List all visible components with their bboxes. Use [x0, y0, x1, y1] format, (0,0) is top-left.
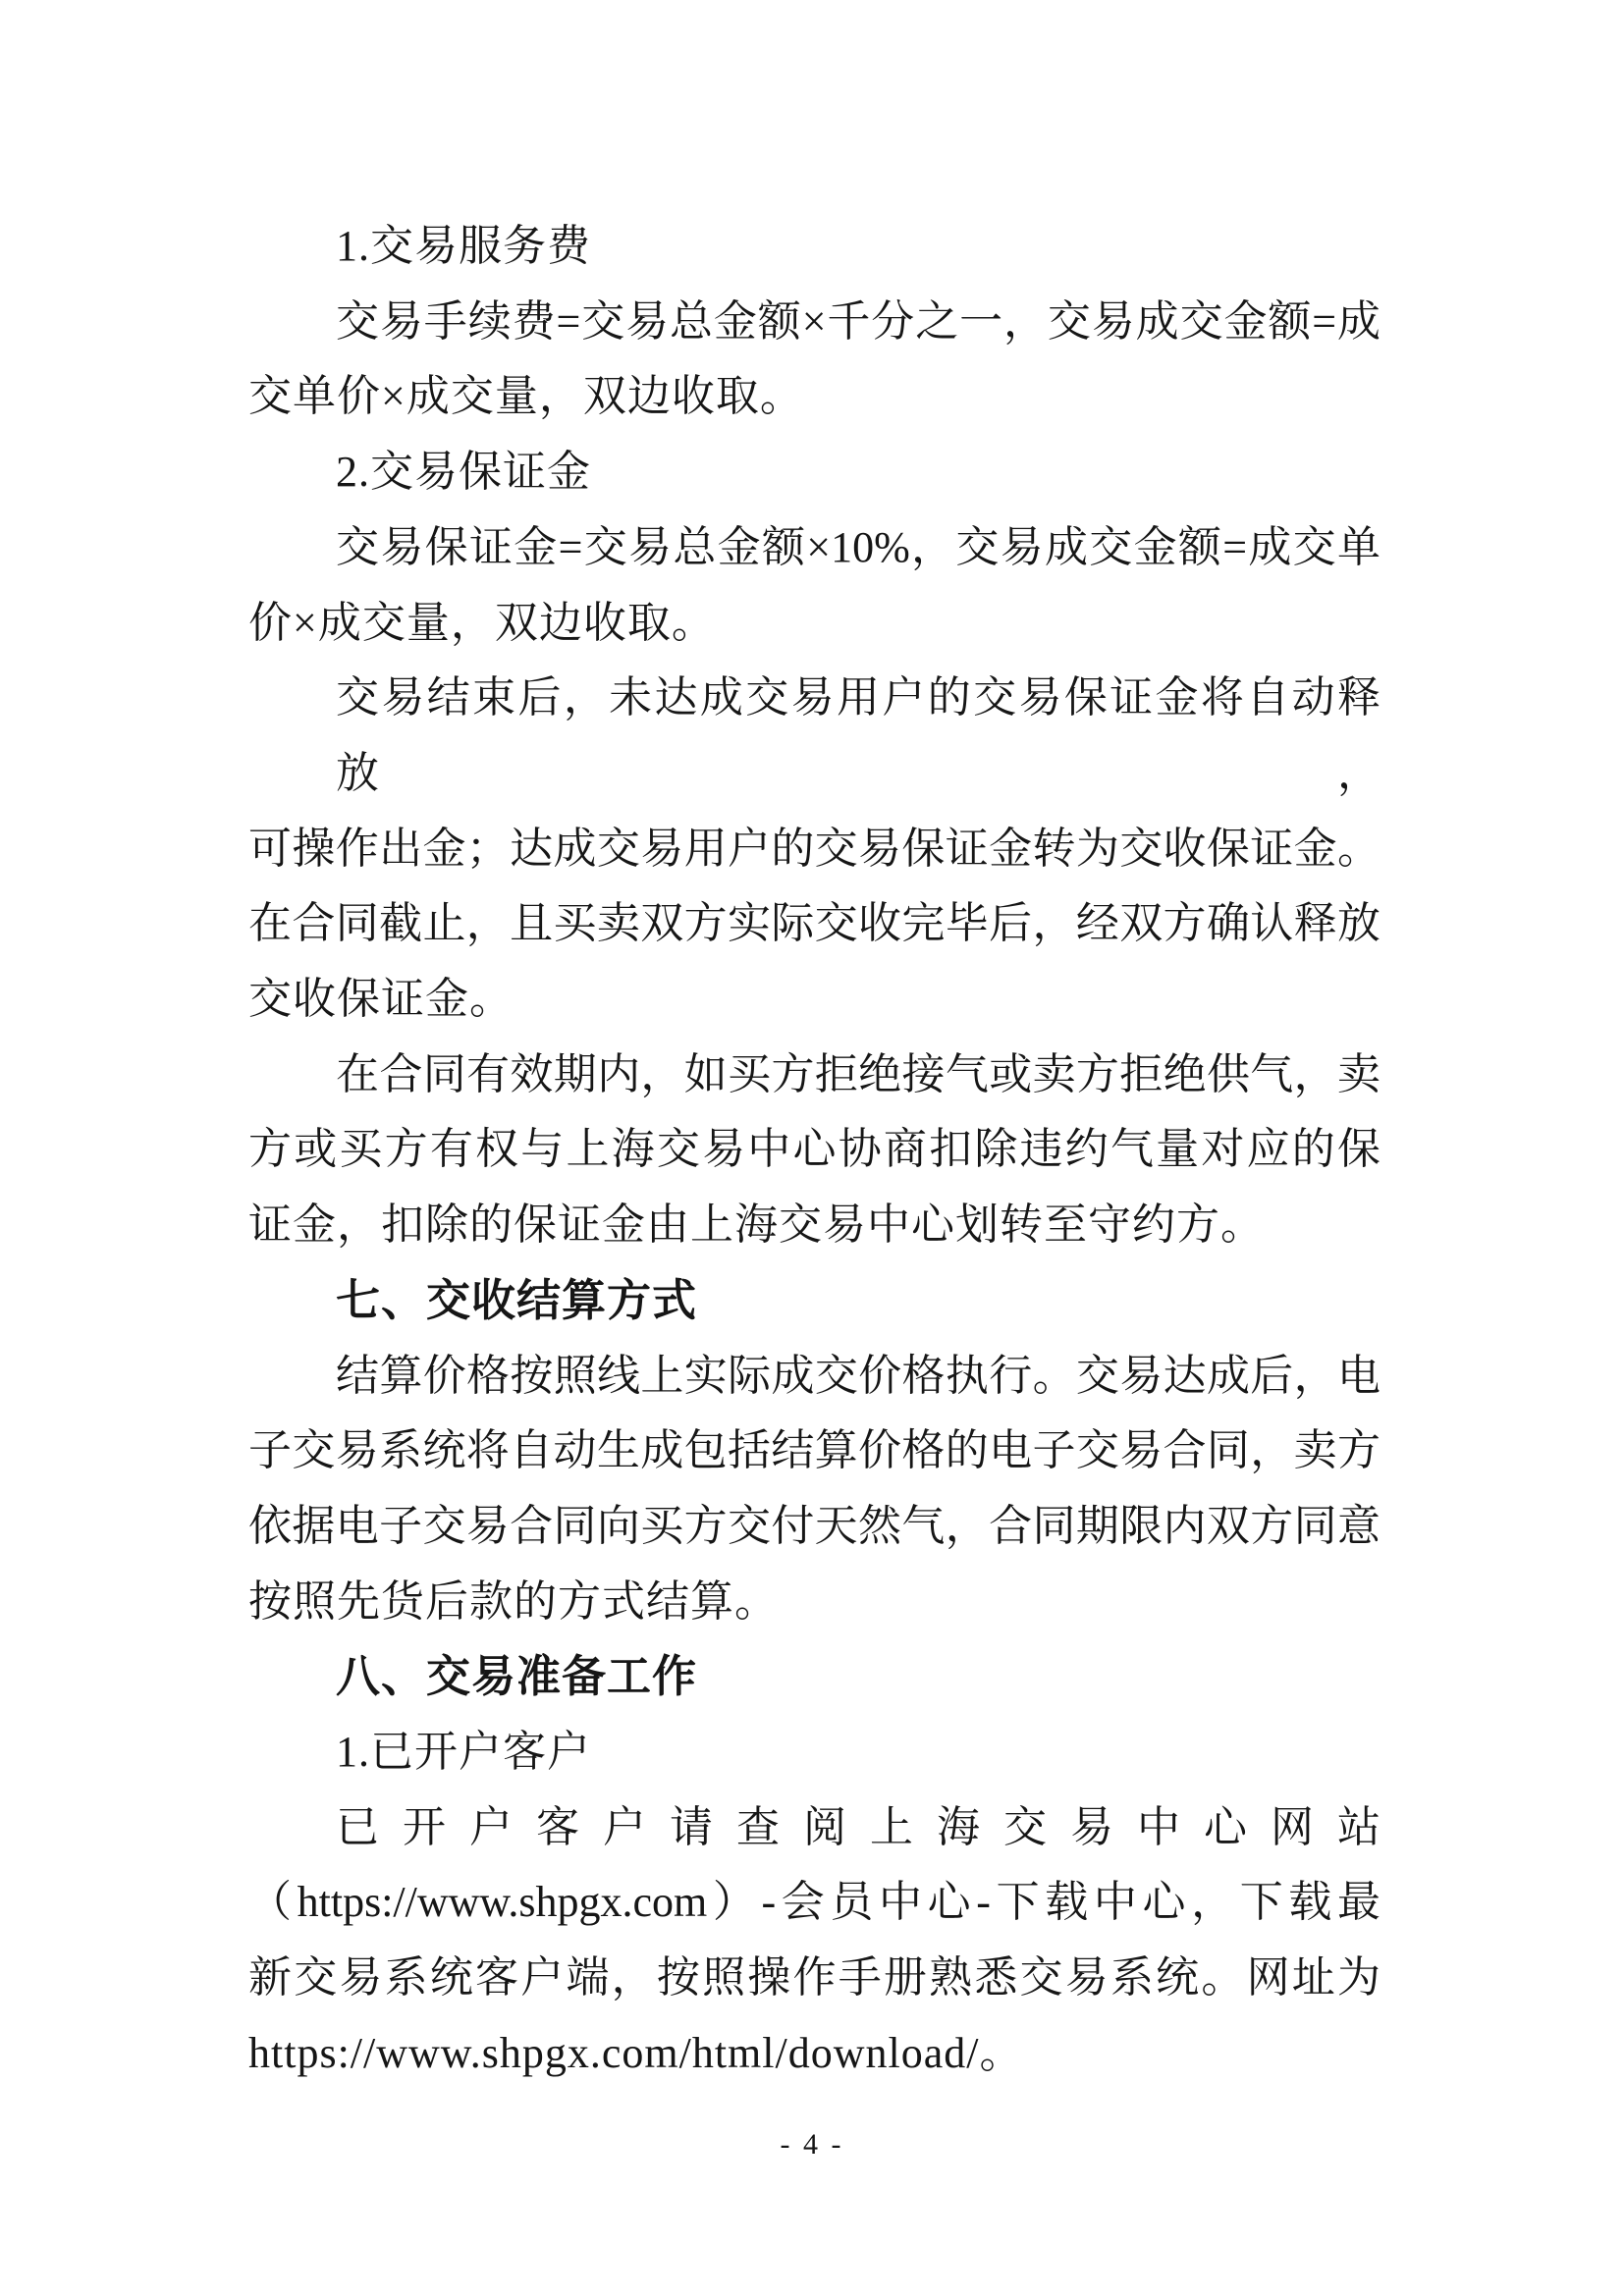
doc-line-item2-trade-margin: 2.交易保证金 [248, 435, 1380, 510]
doc-line-download-url: https://www.shpgx.com/html/download/。 [248, 2016, 1380, 2092]
doc-line-margin-release-4: 交收保证金。 [248, 962, 1380, 1038]
doc-line-fee-formula-1: 交易手续费=交易总金额×千分之一，交易成交金额=成 [248, 285, 1380, 360]
doc-line-settlement-1: 结算价格按照线上实际成交价格执行。交易达成后，电 [248, 1339, 1380, 1415]
doc-line-item1-trade-service-fee: 1.交易服务费 [248, 209, 1380, 285]
doc-line-margin-release-1: 交易结束后，未达成交易用户的交易保证金将自动释放， [248, 661, 1380, 811]
doc-line-breach-1: 在合同有效期内，如买方拒绝接气或卖方拒绝供气，卖 [248, 1038, 1380, 1113]
doc-line-opened-customers-1: 已开户客户请查阅上海交易中心网站 [248, 1790, 1380, 1866]
section-heading-7-settlement: 七、交收结算方式 [248, 1263, 1380, 1339]
section-heading-8-preparation: 八、交易准备工作 [248, 1639, 1380, 1715]
doc-line-settlement-4: 按照先货后款的方式结算。 [248, 1565, 1380, 1640]
doc-line-fee-formula-2: 交单价×成交量，双边收取。 [248, 359, 1380, 435]
doc-line-opened-customers-3: 新交易系统客户端，按照操作手册熟悉交易系统。网址为 [248, 1941, 1380, 2016]
doc-line-margin-release-2: 可操作出金；达成交易用户的交易保证金转为交收保证金。 [248, 812, 1380, 887]
doc-line-item1-opened-customers: 1.已开户客户 [248, 1715, 1380, 1790]
document-page: 1.交易服务费 交易手续费=交易总金额×千分之一，交易成交金额=成 交单价×成交… [0, 0, 1624, 2296]
page-number: - 4 - [0, 2128, 1624, 2162]
doc-line-breach-2: 方或买方有权与上海交易中心协商扣除违约气量对应的保 [248, 1112, 1380, 1188]
doc-line-margin-release-3: 在合同截止，且买卖双方实际交收完毕后，经双方确认释放 [248, 886, 1380, 962]
doc-line-settlement-3: 依据电子交易合同向买方交付天然气，合同期限内双方同意 [248, 1489, 1380, 1565]
doc-line-breach-3: 证金，扣除的保证金由上海交易中心划转至守约方。 [248, 1188, 1380, 1263]
document-body: 1.交易服务费 交易手续费=交易总金额×千分之一，交易成交金额=成 交单价×成交… [248, 209, 1380, 2092]
doc-line-margin-formula-2: 价×成交量，双边收取。 [248, 586, 1380, 662]
doc-line-margin-formula-1: 交易保证金=交易总金额×10%，交易成交金额=成交单 [248, 510, 1380, 586]
doc-line-opened-customers-2: （https://www.shpgx.com）-会员中心-下载中心，下载最 [248, 1865, 1380, 1941]
doc-line-settlement-2: 子交易系统将自动生成包括结算价格的电子交易合同，卖方 [248, 1414, 1380, 1489]
